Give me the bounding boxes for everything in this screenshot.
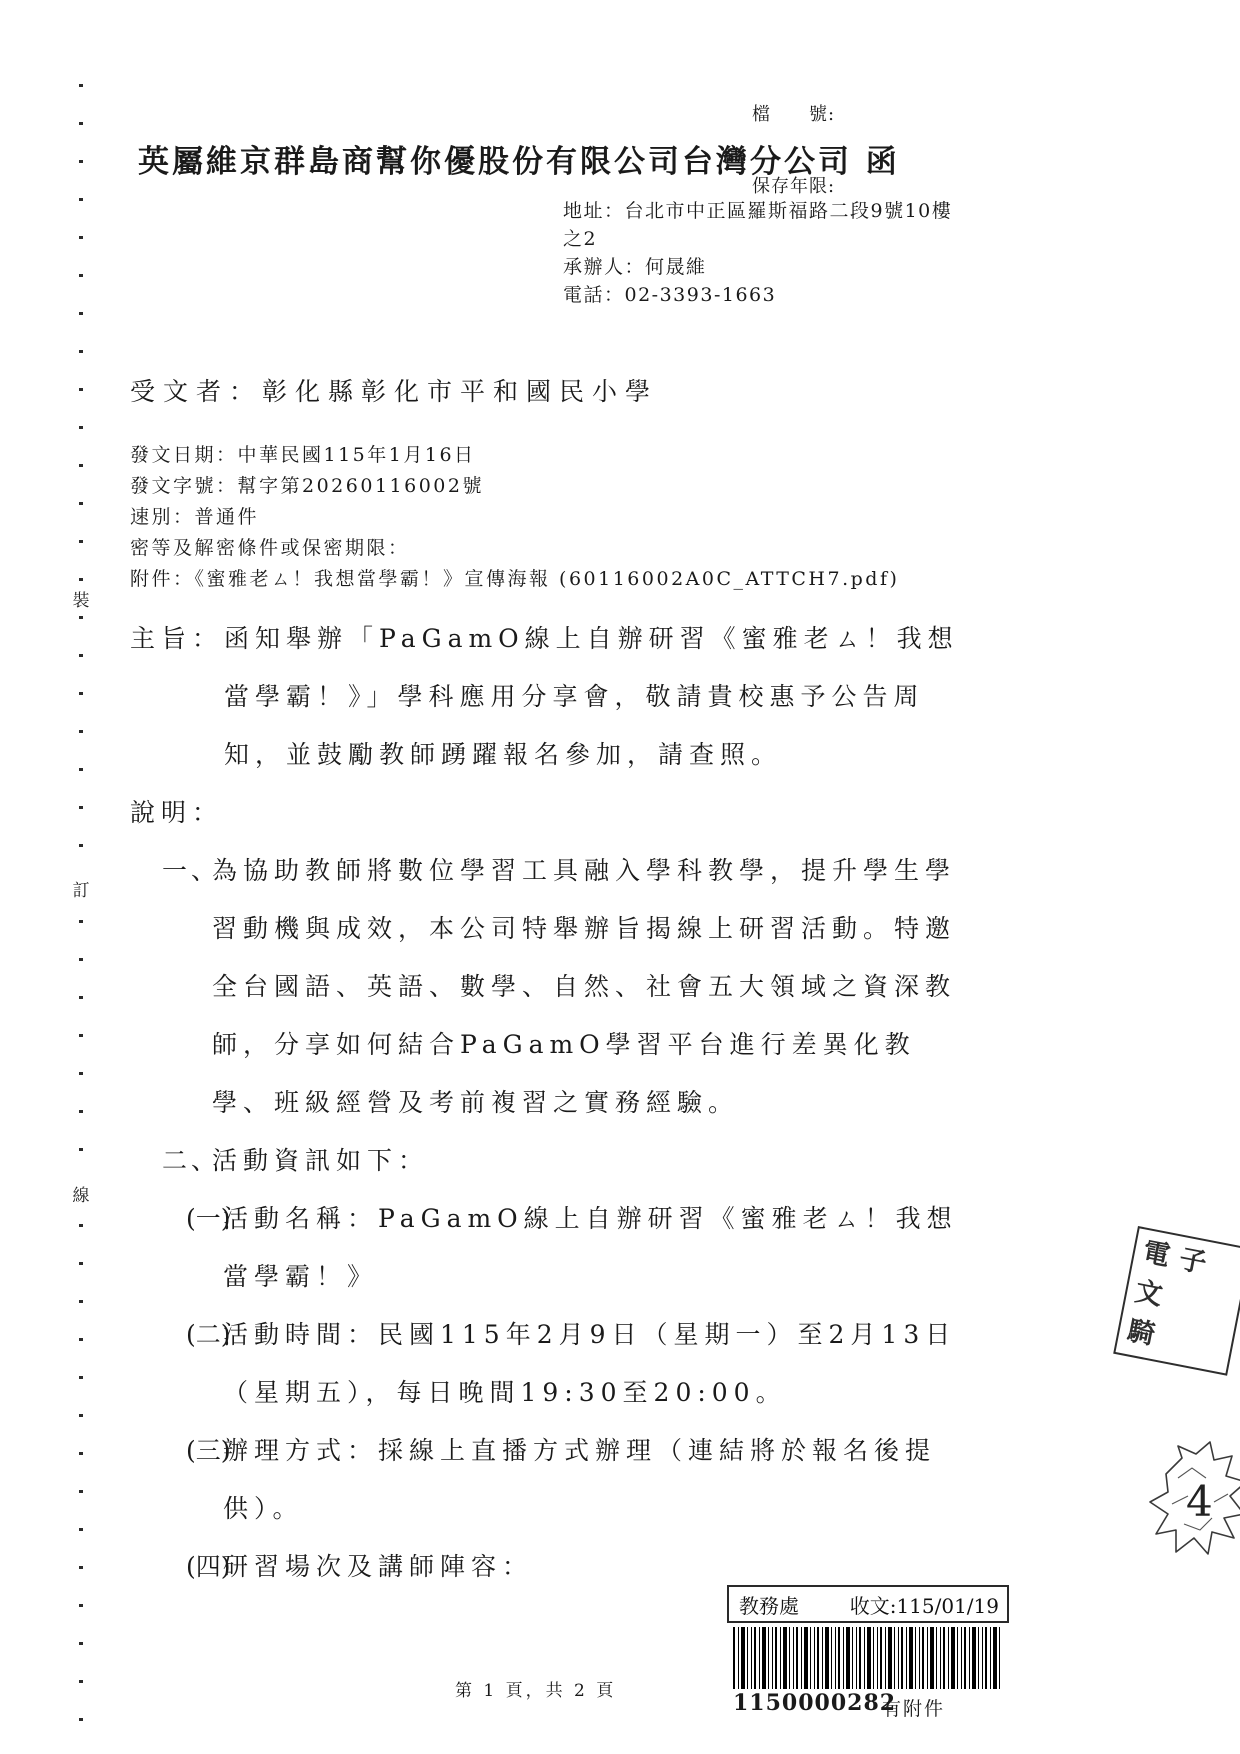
sender-contact-person: 承辦人：何晟維 [563, 253, 952, 281]
receipt-office: 教務處 [739, 1590, 799, 1619]
file-number-label: 檔 號: [752, 103, 835, 127]
sub-item-2-text: 活動時間：民國115年2月9日（星期一）至2月13日（星期五），每日晚間19:3… [223, 1306, 966, 1422]
issue-date-line: 發文日期：中華民國115年1月16日 [130, 440, 899, 471]
sender-address-line2: 之2 [563, 225, 952, 253]
attachment-line: 附件：《蜜雅老ㄙ！我想當學霸！》宣傳海報 (60116002A0C_ATTCH7… [130, 564, 899, 595]
electronic-exchange-seam-stamp: 電子 文 騎 [1113, 1226, 1240, 1376]
item-1-text: 為協助教師將數位學習工具融入學科教學，提升學生學習動機與成效，本公司特舉辦旨揭線… [212, 842, 966, 1132]
recipient-line: 受文者：彰化縣彰化市平和國民小學 [130, 372, 658, 408]
page-number-footer: 第 1 頁，共 2 頁 [455, 1676, 616, 1701]
document-meta-block: 發文日期：中華民國115年1月16日 發文字號：幫字第20260116002號 … [130, 440, 899, 595]
receipt-stamp-box: 教務處 收文:115/01/19 [727, 1585, 1009, 1623]
item-2-marker: 二、 [162, 1132, 212, 1190]
binding-label-zhuang: 裝 [70, 586, 92, 611]
subject-label: 主旨： [130, 610, 224, 668]
letter-body: 主旨： 函知舉辦「PaGamO線上自辦研習《蜜雅老ㄙ！我想當學霸！》」學科應用分… [130, 610, 966, 1596]
sub-item-2-marker: (二) [186, 1306, 223, 1364]
binding-label-xian: 線 [70, 1181, 92, 1206]
subject-text: 函知舉辦「PaGamO線上自辦研習《蜜雅老ㄙ！我想當學霸！》」學科應用分享會，敬… [224, 610, 966, 784]
attachment-note: 有附件 [882, 1694, 945, 1721]
binding-label-ding: 訂 [70, 876, 92, 901]
sender-address-line1: 地址：台北市中正區羅斯福路二段9號10樓 [563, 197, 952, 225]
receipt-date: 收文:115/01/19 [850, 1590, 999, 1619]
explanation-item-1: 一、 為協助教師將數位學習工具融入學科教學，提升學生學習動機與成效，本公司特舉辦… [162, 842, 966, 1132]
subject-paragraph: 主旨： 函知舉辦「PaGamO線上自辦研習《蜜雅老ㄙ！我想當學霸！》」學科應用分… [130, 610, 966, 784]
item-1-marker: 一、 [162, 842, 212, 900]
sub-item-1-marker: (一) [186, 1190, 223, 1248]
sender-phone: 電話：02-3393-1663 [563, 281, 952, 309]
explanation-item-2: 二、 活動資訊如下： [162, 1132, 966, 1190]
binding-dotted-line [79, 84, 83, 1740]
sub-item-3: (三) 辦理方式：採線上直播方式辦理（連結將於報名後提供）。 [186, 1422, 966, 1538]
page-fold-number: 4 [1186, 1477, 1213, 1526]
sub-item-1: (一) 活動名稱：PaGamO線上自辦研習《蜜雅老ㄙ！我想當學霸！》 [186, 1190, 966, 1306]
barcode [733, 1627, 1003, 1689]
sub-item-4-marker: (四) [186, 1538, 223, 1596]
official-letter-page: 裝 訂 線 檔 號: 保存年限: 英屬維京群島商幫你優股份有限公司台灣分公司 函… [0, 0, 1240, 1754]
sub-item-3-marker: (三) [186, 1422, 223, 1480]
item-2-text: 活動資訊如下： [212, 1132, 966, 1190]
barcode-number: 1150000282 [733, 1690, 896, 1716]
security-class-line: 密等及解密條件或保密期限： [130, 533, 899, 564]
sub-item-1-text: 活動名稱：PaGamO線上自辦研習《蜜雅老ㄙ！我想當學霸！》 [223, 1190, 966, 1306]
speed-class-line: 速別：普通件 [130, 502, 899, 533]
explanation-heading: 說明： [130, 784, 966, 842]
doc-number-line: 發文字號：幫字第20260116002號 [130, 471, 899, 502]
document-title: 英屬維京群島商幫你優股份有限公司台灣分公司 函 [138, 136, 900, 181]
sub-item-2: (二) 活動時間：民國115年2月9日（星期一）至2月13日（星期五），每日晚間… [186, 1306, 966, 1422]
sub-item-3-text: 辦理方式：採線上直播方式辦理（連結將於報名後提供）。 [223, 1422, 966, 1538]
sender-info-block: 地址：台北市中正區羅斯福路二段9號10樓 之2 承辦人：何晟維 電話：02-33… [563, 197, 952, 309]
crumpled-page-fold-mark: 4 [1148, 1438, 1240, 1566]
